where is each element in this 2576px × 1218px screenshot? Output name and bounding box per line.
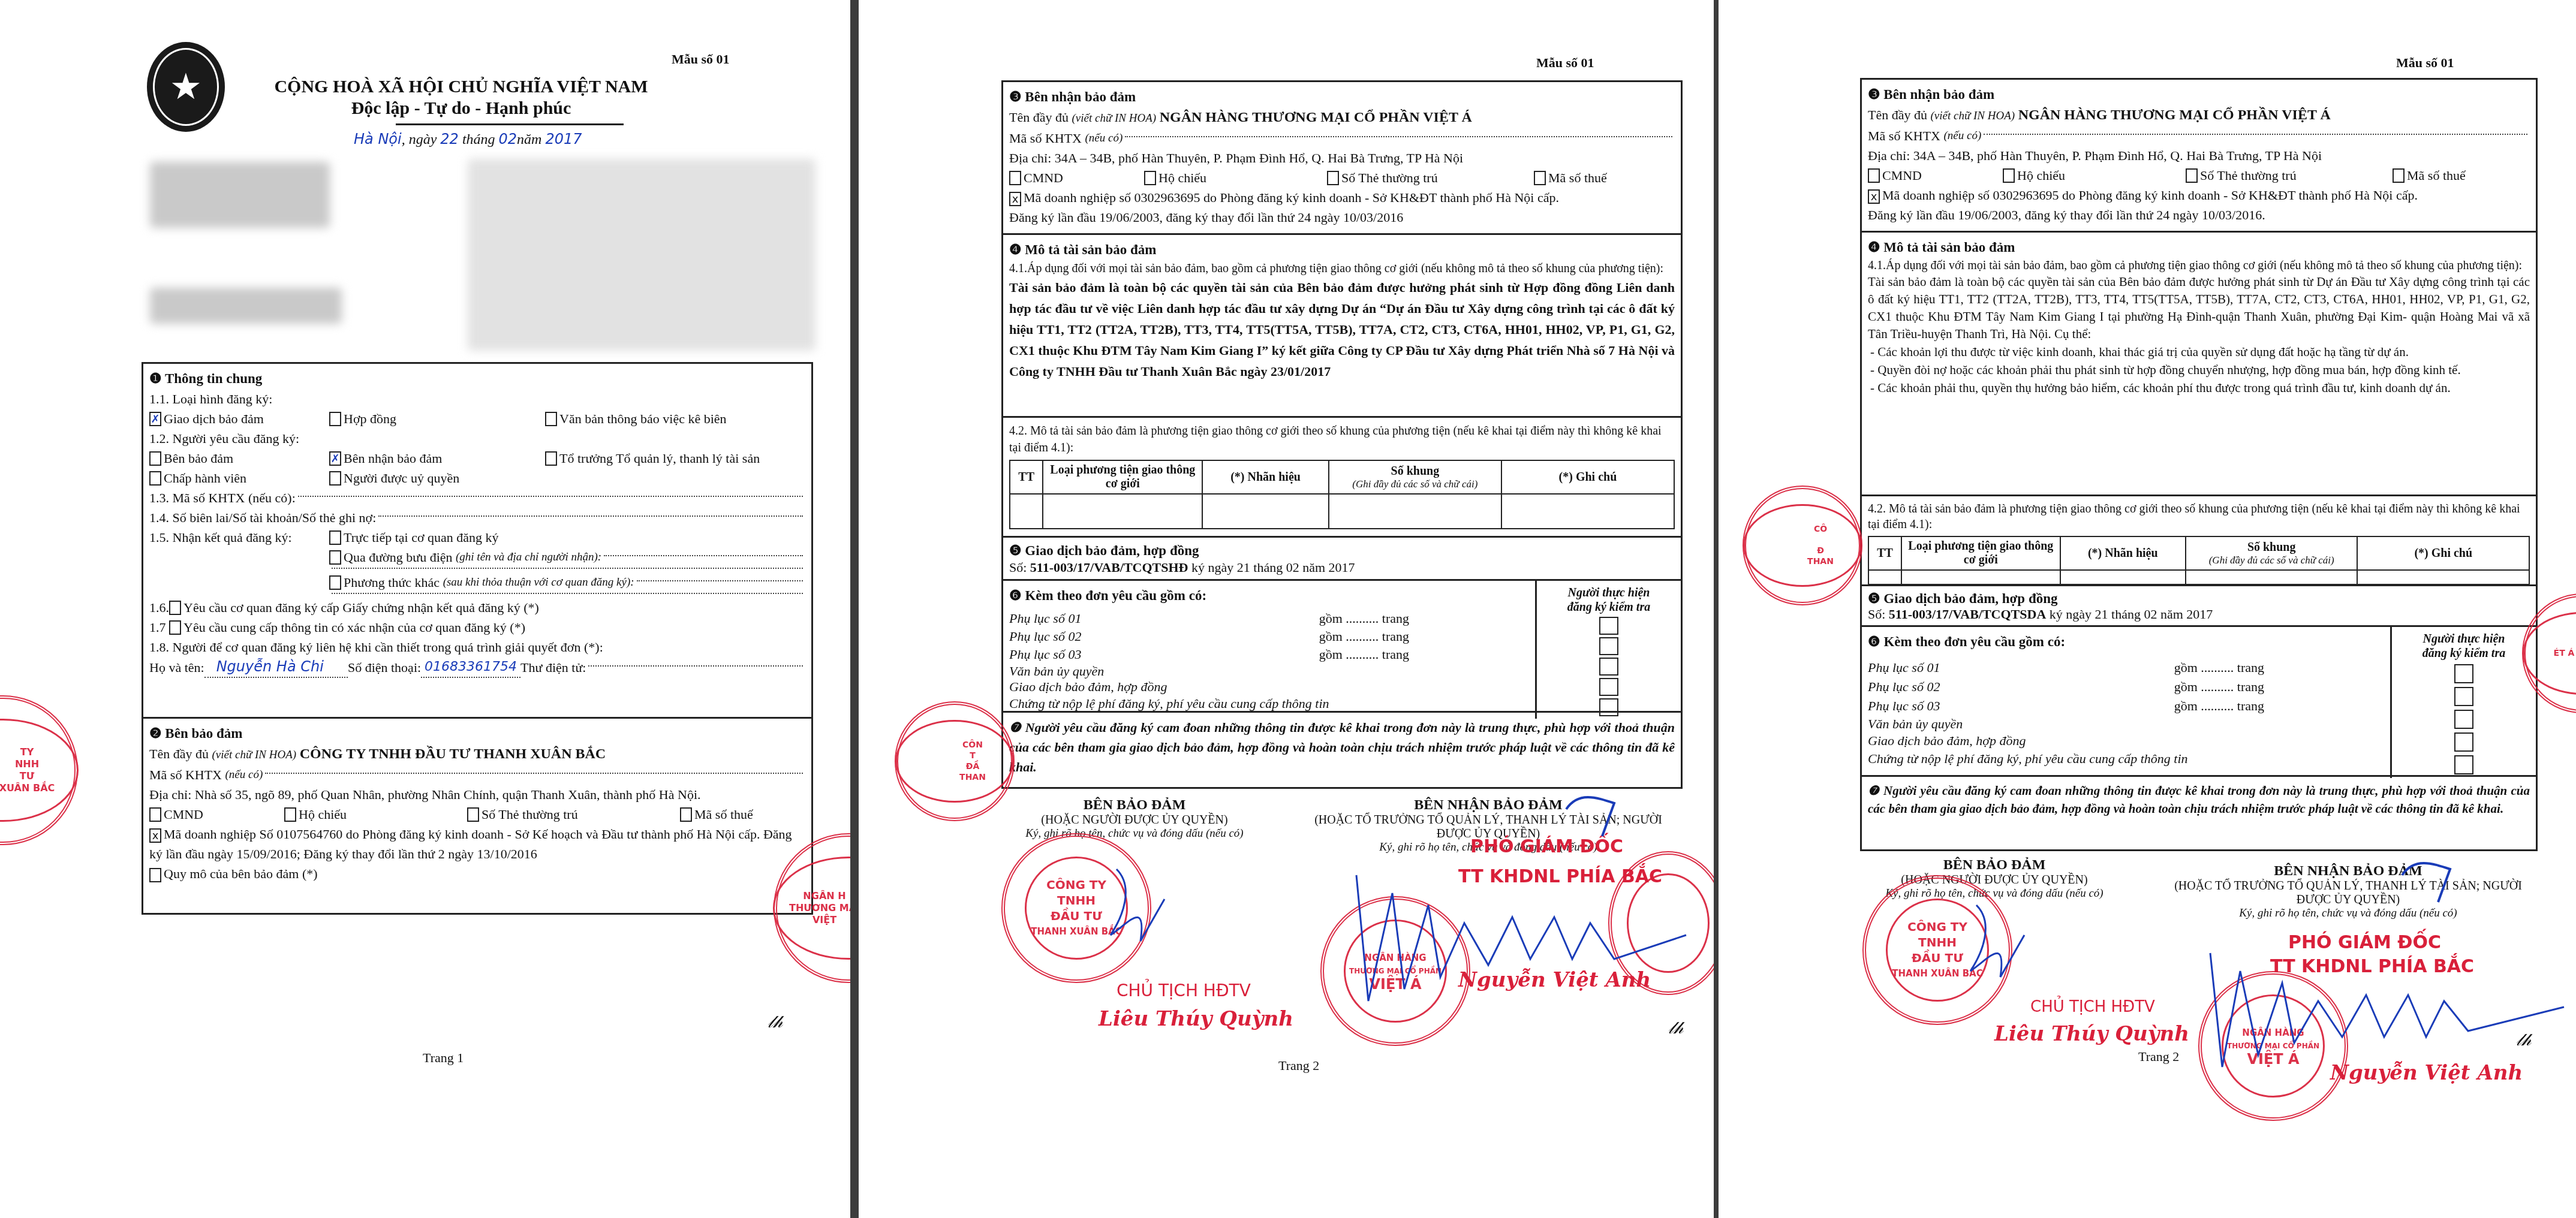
checkbox[interactable] (329, 575, 341, 590)
checkbox[interactable] (329, 471, 341, 486)
enterprise-code-text: Mã doanh nghiệp số 0302963695 do Phòng đ… (1024, 190, 1559, 205)
option-label: Yêu cầu cơ quan đăng ký cấp Giấy chứng n… (183, 598, 539, 617)
option-passport[interactable]: Hộ chiếu (284, 804, 467, 824)
attachment-item: Phụ lục số 01gồm .......... trang (1009, 610, 1529, 628)
question-requester: 1.2. Người yêu cầu đăng ký: (149, 429, 805, 448)
contract-number: 511-003/17/VAB/TCQTSHĐ (1030, 560, 1188, 575)
attachment-item: Phụ lục số 02gồm .......... trang (1009, 628, 1529, 646)
field-hint: (viết chữ IN HOA) (212, 749, 296, 761)
option-tax-code[interactable]: Mã số thuế (2393, 165, 2466, 185)
table-cell[interactable] (1329, 494, 1501, 529)
section-title: ❶ Thông tin chung (149, 369, 805, 389)
signature-subtitle: (HOẶC TỔ TRƯỞNG TỔ QUẢN LÝ, THANH LÝ TÀI… (2174, 879, 2522, 907)
contact-person-fields: Họ và tên: Nguyễn Hà Chi Số điện thoại: … (149, 657, 805, 678)
asset-description-text: Tài sản bảo đảm là toàn bộ các quyền tài… (1009, 277, 1675, 382)
checkbox[interactable] (1009, 171, 1021, 185)
day-handwritten: 22 (440, 131, 459, 147)
checkbox[interactable] (2186, 168, 2198, 183)
checkbox[interactable] (149, 807, 161, 822)
field-label: Tên đầy đủ (1009, 110, 1069, 125)
secured-party-name-value: NGÂN HÀNG THƯƠNG MẠI CỔ PHẦN VIỆT Á (2018, 107, 2331, 123)
field-hint: (viết chữ IN HOA) (1072, 112, 1156, 125)
page-3: Mẫu số 01 ❸ Bên nhận bảo đảm Tên đầy đủ … (1719, 0, 2576, 1218)
attachment-item: Phụ lục số 01gồm .......... trang (1868, 658, 2384, 677)
section-general-info: ❶ Thông tin chung 1.1. Loại hình đăng ký… (143, 364, 811, 719)
checker-header: Người thực hiện đăng ký kiểm tra (2419, 632, 2509, 661)
checker-checkbox[interactable] (1599, 637, 1618, 655)
grantor-name-line: Tên đầy đủ (viết chữ IN HOA) CÔNG TY TNH… (149, 744, 805, 765)
checkbox[interactable] (1868, 168, 1880, 183)
option-enforcement-officer[interactable]: Chấp hành viên (149, 468, 329, 488)
section-secured-party: ❸ Bên nhận bảo đảm Tên đầy đủ (viết chữ … (1003, 82, 1681, 235)
form-number: Mẫu số 01 (1536, 55, 1594, 71)
vehicle-table: TT Loại phương tiện giao thông cơ giới (… (1009, 460, 1675, 529)
section-secured-party: ❸ Bên nhận bảo đảm Tên đầy đủ (viết chữ … (1862, 80, 2536, 233)
table-cell[interactable] (1868, 570, 1901, 584)
checkbox[interactable] (1144, 171, 1156, 185)
signature-note: Ký, ghi rõ họ tên, chức vụ và đóng dấu (… (2174, 907, 2522, 920)
signature-note: Ký, ghi rõ họ tên, chức vụ và đóng dấu (… (997, 827, 1272, 840)
checkbox[interactable] (329, 412, 341, 426)
form-number: Mẫu số 01 (672, 52, 730, 67)
option-secured-transaction[interactable]: ✗Giao dịch bảo đảm (149, 409, 329, 429)
option-residence-card[interactable]: Số Thẻ thường trú (1327, 168, 1534, 188)
initials-mark-icon: 𝓁𝒽 (2516, 1031, 2531, 1050)
section-contract: ❺ Giao dịch bảo đảm, hợp đồng Số: 511-00… (1003, 538, 1681, 581)
attachment-item: Phụ lục số 02gồm .......... trang (1868, 677, 2384, 697)
field-khtx[interactable]: 1.3. Mã số KHTX (nếu có): (149, 488, 805, 508)
section-title: ❸ Bên nhận bảo đảm (1868, 85, 2530, 105)
col-header-tt: TT (1010, 460, 1043, 494)
checker-column: Người thực hiện đăng ký kiểm tra (1535, 581, 1681, 719)
checker-checkbox[interactable] (2454, 664, 2473, 683)
page-2: Mẫu số 01 ❸ Bên nhận bảo đảm Tên đầy đủ … (859, 0, 1714, 1218)
field-receipt-number[interactable]: 1.4. Số biên lai/Số tài khoản/Số thẻ ghi… (149, 508, 805, 527)
option-enterprise-code[interactable]: xMã doanh nghiệp số 0302963695 do Phòng … (1009, 188, 1675, 207)
option-enterprise-code[interactable]: xMã doanh nghiệp Số 0107564760 do Phòng … (149, 824, 805, 864)
col-header-chassis: Số khung(Ghi đầy đủ các số và chữ cái) (1329, 460, 1501, 494)
option-id-card[interactable]: CMND (1868, 165, 2003, 185)
option-other-method[interactable]: Phương thức khác (sau khi thỏa thuận với… (149, 572, 805, 592)
checkbox[interactable] (2393, 168, 2405, 183)
month-handwritten: 02 (499, 131, 517, 147)
section-contract: ❺ Giao dịch bảo đảm, hợp đồng Số: 511-00… (1862, 586, 2536, 627)
section-vehicle-description: 4.2. Mô tả tài sản bảo đảm là phương tiệ… (1862, 496, 2536, 586)
form-body-page2: ❸ Bên nhận bảo đảm Tên đầy đủ (viết chữ … (1001, 80, 1683, 789)
checkbox[interactable] (545, 451, 557, 466)
option-note: (ghi tên và địa chỉ người nhận): (456, 547, 601, 567)
initials-mark-icon: 𝓁𝒽 (1668, 1019, 1683, 1038)
attachment-item: Phụ lục số 03gồm .......... trang (1009, 646, 1529, 664)
checkbox[interactable] (149, 451, 161, 466)
page-number: Trang 1 (423, 1050, 464, 1066)
contract-date: ký ngày 21 tháng 02 năm 2017 (2050, 607, 2213, 622)
requester-options-row1: Bên bảo đảm ✗Bên nhận bảo đảm Tổ trưởng … (149, 448, 805, 468)
attachments-title: ❻ Kèm theo đơn yêu cầu gồm có: (1009, 586, 1529, 606)
checkbox[interactable] (169, 601, 181, 615)
table-cell[interactable] (1501, 494, 1674, 529)
checkbox-checked[interactable]: ✗ (329, 451, 341, 466)
form-number: Mẫu số 01 (2396, 55, 2454, 71)
field-label: Mã số KHTX (149, 765, 222, 785)
checkbox[interactable] (1534, 171, 1546, 185)
checkbox[interactable] (467, 807, 479, 822)
table-cell[interactable] (1010, 494, 1043, 529)
annotation-mark-icon (1560, 791, 1620, 839)
contact-phone-value[interactable]: 01683361754 (421, 657, 520, 678)
option-label: Mã số thuế (694, 804, 753, 824)
col-header-vehicle-type: Loại phương tiện giao thông cơ giới (1043, 460, 1202, 494)
checkbox[interactable] (1327, 171, 1339, 185)
field-hint: (nếu có) (1085, 128, 1123, 148)
field-label: Mã số KHTX (1009, 128, 1082, 148)
section-title: ❺ Giao dịch bảo đảm, hợp đồng (1868, 591, 2530, 607)
checker-checkbox[interactable] (2454, 732, 2473, 752)
item-number: 1.7 (149, 617, 166, 637)
option-label: CMND (1024, 168, 1063, 188)
secured-party-signature-icon (2198, 947, 2570, 1079)
year-handwritten: 2017 (545, 131, 582, 147)
checker-checkbox[interactable] (2454, 710, 2473, 729)
option-label: Quy mô của bên bảo đảm (*) (164, 866, 318, 881)
section-asset-description: ❹ Mô tả tài sản bảo đảm 4.1.Áp dụng đối … (1003, 235, 1681, 418)
table-cell[interactable] (2357, 570, 2529, 584)
by-post-continuation-line[interactable] (149, 567, 805, 572)
field-result-method: 1.5. Nhận kết quả đăng ký: Trực tiếp tại… (149, 527, 805, 547)
section-title: ❺ Giao dịch bảo đảm, hợp đồng (1009, 542, 1675, 559)
col-header-notes: (*) Ghi chú (1501, 460, 1674, 494)
option-label: Số Thẻ thường trú (1341, 168, 1438, 188)
contact-person-question: 1.8. Người để cơ quan đăng ký liên hệ kh… (149, 637, 805, 657)
option-label: Văn bản thông báo việc kê biên (559, 409, 727, 429)
checkbox[interactable] (284, 807, 296, 822)
section-commitment: ❼ Người yêu cầu đăng ký cam đoan những t… (1003, 713, 1681, 782)
checkbox-checked[interactable]: x (149, 828, 161, 843)
place-handwritten: Hà Nội (354, 131, 402, 147)
field-label: Tên đầy đủ (1868, 107, 1927, 122)
option-label: Hộ chiếu (2017, 165, 2065, 185)
redacted-block-right (468, 159, 815, 351)
section-vehicle-description: 4.2. Mô tả tài sản bảo đảm là phương tiệ… (1003, 418, 1681, 538)
section-title: ❹ Mô tả tài sản bảo đảm (1868, 237, 2530, 258)
signature-title: BÊN BẢO ĐẢM (1856, 857, 2132, 873)
col-header-tt: TT (1868, 536, 1901, 570)
option-label: Hộ chiếu (1158, 168, 1206, 188)
contact-name-value[interactable]: Nguyễn Hà Chi (204, 657, 348, 678)
table-row (1868, 570, 2529, 584)
option-label: Mã số thuế (1548, 168, 1607, 188)
question-registration-type: 1.1. Loại hình đăng ký: (149, 389, 805, 409)
field-label: 1.3. Mã số KHTX (nếu có): (149, 488, 296, 508)
option-residence-card[interactable]: Số Thẻ thường trú (2186, 165, 2393, 185)
option-label: Hợp đồng (344, 409, 396, 429)
place-date: Hà Nội, ngày 22 tháng 02năm 2017 (354, 131, 582, 148)
attachment-item: Giao dịch bảo đảm, hợp đồng (1868, 732, 2384, 749)
motto-heading: Độc lập - Tự do - Hạnh phúc (0, 98, 850, 119)
contract-number: 511-003/17/VAB/TCQTSDA (1889, 607, 2046, 622)
grantor-position: CHỦ TỊCH HĐTV (2030, 998, 2155, 1016)
option-id-card[interactable]: CMND (1009, 168, 1144, 188)
option-passport[interactable]: Hộ chiếu (1144, 168, 1327, 188)
col-header-notes: (*) Ghi chú (2357, 536, 2529, 570)
secured-party-name-line: Tên đầy đủ (viết chữ IN HOA) NGÂN HÀNG T… (1868, 105, 2530, 126)
grantor-signature-icon (1958, 899, 2030, 1007)
secured-party-address: Địa chỉ: 34A – 34B, phố Hàn Thuyên, P. P… (1009, 148, 1675, 168)
option-label: CMND (164, 804, 203, 824)
signature-grantor: BÊN BẢO ĐẢM (HOẶC NGƯỜI ĐƯỢC ỦY QUYỀN) K… (997, 797, 1272, 840)
col-header-chassis: Số khung(Ghi đầy đủ các số và chữ cái) (2186, 536, 2358, 570)
signature-subtitle: (HOẶC NGƯỜI ĐƯỢC ỦY QUYỀN) (997, 813, 1272, 827)
option-request-certificate[interactable]: 1.6.Yêu cầu cơ quan đăng ký cấp Giấy chứ… (149, 598, 805, 617)
signature-secured-party: BÊN NHẬN BẢO ĐẢM (HOẶC TỔ TRƯỞNG TỔ QUẢN… (2174, 863, 2522, 920)
redacted-block-left-2 (150, 288, 342, 324)
checker-header: Người thực hiện đăng ký kiểm tra (1564, 586, 1654, 614)
secured-party-id-options: CMND Hộ chiếu Số Thẻ thường trú Mã số th… (1868, 165, 2530, 185)
date-label-month: tháng (462, 132, 495, 147)
section-attachments: ❻ Kèm theo đơn yêu cầu gồm có: Phụ lục s… (1862, 627, 2536, 777)
contract-prefix: Số: (1868, 607, 1885, 622)
enterprise-code-text: Mã doanh nghiệp Số 0107564760 do Phòng đ… (149, 827, 792, 861)
grantor-address: Địa chỉ: Nhà số 35, ngõ 89, phố Quan Nhâ… (149, 785, 805, 804)
option-grantor-scale[interactable]: Quy mô của bên bảo đảm (*) (149, 864, 805, 884)
asset-bullet: - Các khoản lợi thu được từ việc kinh do… (1868, 343, 2530, 361)
checker-checkbox[interactable] (1599, 678, 1618, 696)
checkbox[interactable] (329, 530, 341, 545)
contract-prefix: Số: (1009, 560, 1027, 575)
option-grantor[interactable]: Bên bảo đảm (149, 448, 329, 468)
form-body-page1: ❶ Thông tin chung 1.1. Loại hình đăng ký… (142, 362, 813, 915)
checker-checkbox[interactable] (1599, 698, 1618, 716)
secured-party-position-1: PHÓ GIÁM ĐỐC (1470, 836, 1623, 857)
option-tax-code[interactable]: Mã số thuế (1534, 168, 1607, 188)
checker-checkbox[interactable] (1599, 658, 1618, 676)
checkbox-checked[interactable]: ✗ (149, 412, 161, 426)
phone-label: Số điện thoại: (348, 658, 421, 677)
signature-title: BÊN BẢO ĐẢM (997, 797, 1272, 813)
field-label: 1.5. Nhận kết quả đăng ký: (149, 527, 329, 547)
option-label: Tổ trưởng Tổ quản lý, thanh lý tài sản (559, 448, 760, 468)
option-label: Người được uỷ quyền (344, 468, 459, 488)
asset-bullet: - Các khoản phải thu, quyền thụ hưởng bả… (1868, 379, 2530, 397)
grantor-position: CHỦ TỊCH HĐTV (1117, 981, 1251, 1000)
attachment-item: Văn bản ủy quyền (1009, 664, 1529, 679)
col-header-brand: (*) Nhãn hiệu (1202, 460, 1329, 494)
question-4-1: 4.1.Áp dụng đối với mọi tài sản bảo đảm,… (1009, 260, 1675, 277)
secured-party-khtx-line[interactable]: Mã số KHTX (nếu có) (1868, 126, 2530, 146)
option-by-post[interactable]: Qua đường bưu điện (ghi tên và địa chỉ n… (149, 547, 805, 567)
secured-party-signer-name: Nguyễn Việt Anh (1458, 968, 1651, 992)
page-number: Trang 2 (1278, 1058, 1319, 1074)
page-number: Trang 2 (2138, 1049, 2179, 1065)
col-header-brand: (*) Nhãn hiệu (2060, 536, 2186, 570)
option-passport[interactable]: Hộ chiếu (2003, 165, 2186, 185)
checkbox[interactable] (680, 807, 692, 822)
asset-description-text: Tài sản bảo đảm là toàn bộ các quyền tài… (1868, 273, 2530, 343)
other-method-continuation-line[interactable] (149, 592, 805, 598)
option-secured-party[interactable]: ✗Bên nhận bảo đảm (329, 448, 545, 468)
secured-party-name-line: Tên đầy đủ (viết chữ IN HOA) NGÂN HÀNG T… (1009, 107, 1675, 128)
secured-party-khtx-line[interactable]: Mã số KHTX (nếu có) (1009, 128, 1675, 148)
option-label: Bên nhận bảo đảm (344, 448, 442, 468)
option-label: Phương thức khác (344, 572, 440, 592)
question-4-2: 4.2. Mô tả tài sản bảo đảm là phương tiệ… (1868, 501, 2530, 532)
annotation-mark-icon (2396, 857, 2456, 905)
secured-party-name-value: NGÂN HÀNG THƯƠNG MẠI CỔ PHẦN VIỆT Á (1160, 110, 1472, 125)
grantor-signature-icon (1099, 863, 1170, 971)
enterprise-code-text: Mã doanh nghiệp số 0302963695 do Phòng đ… (1882, 188, 2418, 203)
checkbox[interactable] (545, 412, 557, 426)
grantor-khtx-line[interactable]: Mã số KHTX (nếu có) (149, 765, 805, 785)
checker-checkbox[interactable] (2454, 755, 2473, 774)
grantor-signer-name: Liêu Thúy Quỳnh (1099, 1007, 1293, 1031)
section-grantor: ❷ Bên bảo đảm Tên đầy đủ (viết chữ IN HO… (143, 719, 811, 888)
field-hint: (viết chữ IN HOA) (1930, 110, 2015, 122)
grantor-id-options: CMND Hộ chiếu Số Thẻ thường trú Mã số th… (149, 804, 805, 824)
section-commitment: ❼ Người yêu cầu đăng ký cam đoan những t… (1862, 777, 2536, 822)
name-label: Họ và tên: (149, 658, 204, 677)
option-label: Số Thẻ thường trú (482, 804, 578, 824)
option-label: Số Thẻ thường trú (2200, 165, 2297, 185)
checker-checkbox[interactable] (1599, 617, 1618, 635)
option-authorized-person[interactable]: Người được uỷ quyền (329, 468, 459, 488)
field-hint: (nếu có) (1944, 126, 1982, 146)
date-label-day: , ngày (402, 132, 437, 147)
option-label: Trực tiếp tại cơ quan đăng ký (344, 527, 499, 547)
attachment-item: Văn bản ủy quyền (1868, 716, 2384, 732)
option-request-info[interactable]: 1.7 Yêu cầu cung cấp thông tin có xác nh… (149, 617, 805, 637)
checkbox[interactable] (149, 471, 161, 486)
contract-line: Số: 511-003/17/VAB/TCQTSHĐ ký ngày 21 th… (1009, 559, 1675, 576)
option-in-person[interactable]: Trực tiếp tại cơ quan đăng ký (329, 527, 499, 547)
secured-party-id-options: CMND Hộ chiếu Số Thẻ thường trú Mã số th… (1009, 168, 1675, 188)
attachments-title: ❻ Kèm theo đơn yêu cầu gồm có: (1868, 632, 2384, 652)
option-label: Bên bảo đảm (164, 448, 233, 468)
page-1: ★ Mẫu số 01 CỘNG HOÀ XÃ HỘI CHỦ NGHĨA VI… (0, 0, 850, 1218)
form-body-page3: ❸ Bên nhận bảo đảm Tên đầy đủ (viết chữ … (1860, 78, 2538, 851)
secured-party-signer-name: Nguyễn Việt Anh (2330, 1061, 2523, 1085)
table-row (1010, 494, 1674, 529)
field-label: 1.4. Số biên lai/Số tài khoản/Số thẻ ghi… (149, 508, 376, 527)
option-label: Mã số thuế (2407, 165, 2466, 185)
option-label: Yêu cầu cung cấp thông tin có xác nhận c… (183, 617, 525, 637)
section-title: ❷ Bên bảo đảm (149, 723, 805, 744)
signature-subtitle: (HOẶC NGƯỜI ĐƯỢC ỦY QUYỀN) (1856, 873, 2132, 887)
table-cell[interactable] (2186, 570, 2358, 584)
col-header-vehicle-type: Loại phương tiện giao thông cơ giới (1901, 536, 2060, 570)
registration-type-options: ✗Giao dịch bảo đảm Hợp đồng Văn bản thôn… (149, 409, 805, 429)
checker-column: Người thực hiện đăng ký kiểm tra (2390, 627, 2536, 778)
registration-history: Đăng ký lần đầu 19/06/2003, đăng ký thay… (1009, 207, 1675, 227)
option-contract[interactable]: Hợp đồng (329, 409, 545, 429)
commitment-text: ❼ Người yêu cầu đăng ký cam đoan những t… (1868, 782, 2530, 818)
attachment-item: Giao dịch bảo đảm, hợp đồng (1009, 679, 1529, 695)
question-4-1: 4.1.Áp dụng đối với mọi tài sản bảo đảm,… (1868, 258, 2530, 273)
option-label: CMND (1882, 165, 1922, 185)
option-label: Chấp hành viên (164, 468, 246, 488)
option-enterprise-code[interactable]: xMã doanh nghiệp số 0302963695 do Phòng … (1868, 185, 2530, 205)
checkbox[interactable] (2003, 168, 2015, 183)
section-asset-description: ❹ Mô tả tài sản bảo đảm 4.1.Áp dụng đối … (1862, 233, 2536, 496)
option-label: Hộ chiếu (299, 804, 347, 824)
grantor-stamp-fragment-icon: CÔĐTHAN (1743, 486, 1862, 605)
motto-underline (396, 123, 624, 125)
grantor-stamp-fragment-icon: TYNHHTƯXUÂN BẮC (0, 695, 78, 845)
email-field[interactable] (588, 665, 803, 667)
country-heading: CỘNG HOÀ XÃ HỘI CHỦ NGHĨA VIỆT NAM (0, 77, 850, 97)
table-cell[interactable] (1043, 494, 1202, 529)
registration-history: Đăng ký lần đầu 19/06/2003, đăng ký thay… (1868, 205, 2530, 225)
table-cell[interactable] (1901, 570, 2060, 584)
option-residence-card[interactable]: Số Thẻ thường trú (467, 804, 680, 824)
option-seizure-notice[interactable]: Văn bản thông báo việc kê biên (545, 409, 727, 429)
requester-options-row2: Chấp hành viên Người được uỷ quyền (149, 468, 805, 488)
email-label: Thư điện tử: (520, 658, 586, 677)
initials-mark-icon: 𝓁𝒽 (768, 1013, 783, 1032)
item-number: 1.6. (149, 598, 169, 617)
contract-date: ký ngày 21 tháng 02 năm 2017 (1191, 560, 1355, 575)
asset-bullet: - Quyền đòi nợ hoặc các khoản phải thu p… (1868, 361, 2530, 379)
table-cell[interactable] (1202, 494, 1329, 529)
checkbox[interactable] (169, 620, 181, 635)
commitment-text: ❼ Người yêu cầu đăng ký cam đoan những t… (1009, 717, 1675, 777)
option-label: Qua đường bưu điện (344, 547, 453, 567)
attachment-item: Phụ lục số 03gồm .......... trang (1868, 697, 2384, 716)
checkbox[interactable] (149, 868, 161, 882)
vehicle-table: TT Loại phương tiện giao thông cơ giới (… (1868, 536, 2530, 585)
checker-checkbox[interactable] (2454, 687, 2473, 706)
option-id-card[interactable]: CMND (149, 804, 284, 824)
grantor-signer-name: Liêu Thúy Quỳnh (1994, 1022, 2189, 1046)
field-hint: (nếu có) (225, 765, 263, 785)
option-label: Giao dịch bảo đảm (164, 409, 264, 429)
checkbox-checked[interactable]: x (1868, 189, 1880, 204)
attachment-item: Chứng từ nộp lệ phí đăng ký, phí yêu cầu… (1009, 695, 1529, 713)
section-title: ❸ Bên nhận bảo đảm (1009, 87, 1675, 107)
signature-title: BÊN NHẬN BẢO ĐẢM (2174, 863, 2522, 879)
grantor-stamp-fragment-icon: CÔNTĐẦTHAN (895, 701, 1015, 821)
date-label-year: năm (517, 132, 541, 147)
option-note: (sau khi thỏa thuận với cơ quan đăng ký)… (443, 572, 634, 592)
secured-party-address: Địa chỉ: 34A – 34B, phố Hàn Thuyên, P. P… (1868, 146, 2530, 165)
section-attachments: ❻ Kèm theo đơn yêu cầu gồm có: Phụ lục s… (1003, 581, 1681, 713)
redacted-block-left (150, 162, 330, 228)
grantor-name-value: CÔNG TY TNHH ĐẦU TƯ THANH XUÂN BẮC (300, 746, 606, 762)
field-label: Mã số KHTX (1868, 126, 1940, 146)
field-label: Tên đầy đủ (149, 746, 209, 761)
table-cell[interactable] (2060, 570, 2186, 584)
attachment-item: Chứng từ nộp lệ phí đăng ký, phí yêu cầu… (1868, 749, 2384, 768)
section-title: ❹ Mô tả tài sản bảo đảm (1009, 240, 1675, 260)
question-4-2: 4.2. Mô tả tài sản bảo đảm là phương tiệ… (1009, 423, 1675, 456)
checkbox-checked[interactable]: x (1009, 192, 1021, 206)
contract-line: Số: 511-003/17/VAB/TCQTSDA ký ngày 21 th… (1868, 607, 2530, 622)
option-liquidation-head[interactable]: Tổ trưởng Tổ quản lý, thanh lý tài sản (545, 448, 760, 468)
option-tax-code[interactable]: Mã số thuế (680, 804, 753, 824)
checkbox[interactable] (329, 550, 341, 565)
